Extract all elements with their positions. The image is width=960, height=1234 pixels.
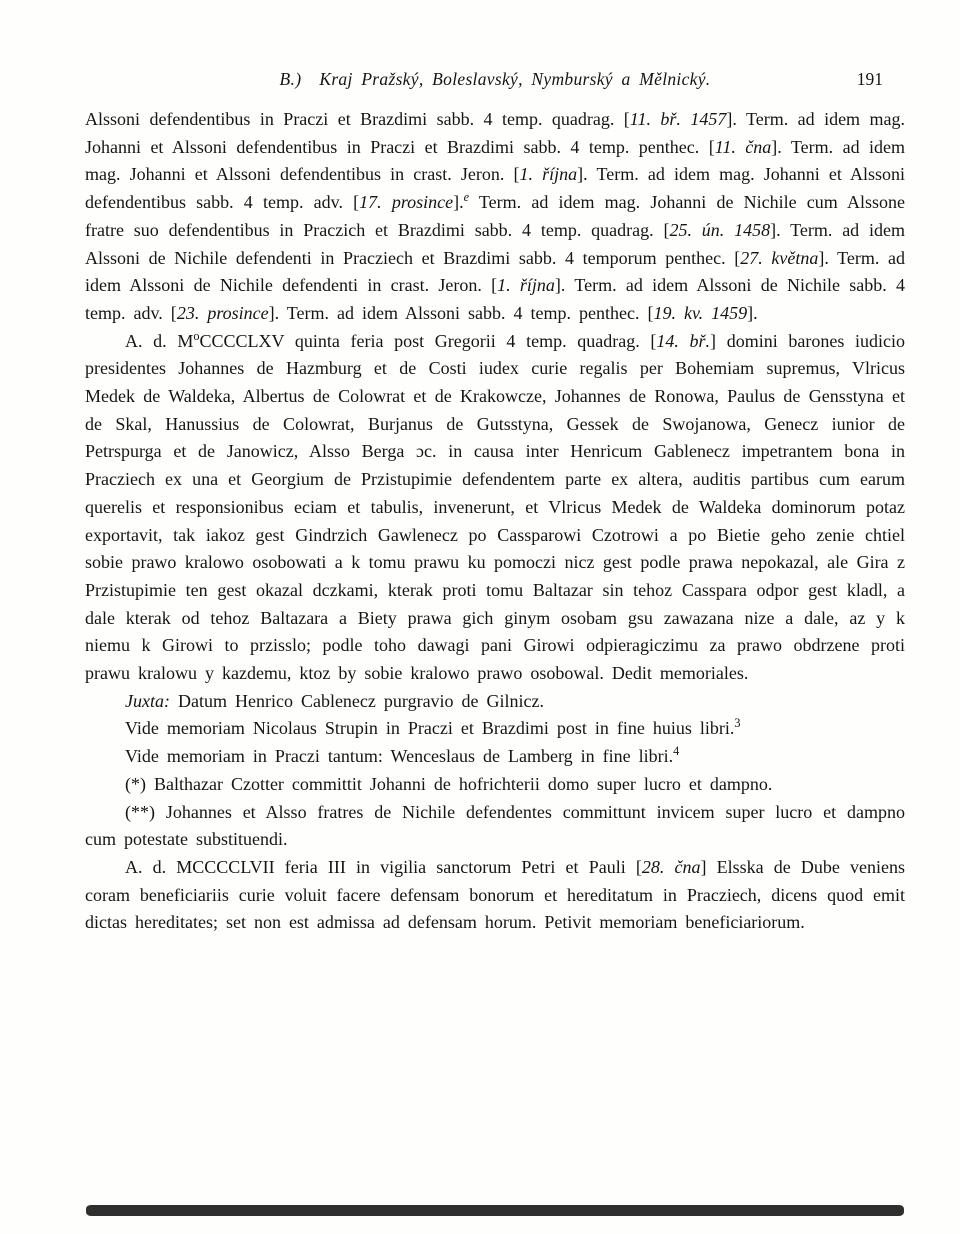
italic-text-segment: Juxta:: [125, 691, 170, 711]
paragraph: (**) Johannes et Alsso fratres de Nichil…: [85, 799, 905, 854]
text-block: Alssoni defendentibus in Praczi et Brazd…: [85, 106, 905, 937]
text-segment: A. d. MCCCCLVII feria III in vigilia san…: [125, 857, 642, 877]
paragraph: Alssoni defendentibus in Praczi et Brazd…: [85, 106, 905, 328]
chapter-title: Kraj Pražský, Boleslavský, Nymburský a M…: [319, 69, 710, 89]
paragraph: Vide memoriam Nicolaus Strupin in Praczi…: [85, 715, 905, 743]
italic-text-segment: 19. kv. 1459: [653, 303, 747, 323]
text-segment: ].: [747, 303, 758, 323]
italic-text-segment: 11. bř. 1457: [630, 109, 727, 129]
italic-text-segment: 1. října: [497, 275, 555, 295]
page-number: 191: [857, 66, 883, 92]
paragraph: (*) Balthazar Czotter committit Johanni …: [85, 771, 905, 799]
paragraph: Juxta: Datum Henrico Cablenecz purgravio…: [85, 688, 905, 716]
paragraph: Vide memoriam in Praczi tantum: Wencesla…: [85, 743, 905, 771]
italic-text-segment: 11. čna: [715, 137, 772, 157]
text-segment: CCCCLXV quinta feria post Gregorii 4 tem…: [199, 331, 656, 351]
footnote-marker: 4: [673, 744, 679, 758]
running-head-title-group: B.)Kraj Pražský, Boleslavský, Nymburský …: [85, 66, 905, 92]
text-segment: Datum Henrico Cablenecz purgravio de Gil…: [170, 691, 544, 711]
text-segment: A. d. M: [125, 331, 193, 351]
text-segment: ] domini barones iudicio presidentes Joh…: [85, 331, 905, 683]
italic-text-segment: 14. bř.: [656, 331, 710, 351]
italic-text-segment: 23. prosince: [177, 303, 269, 323]
scan-artifact-bar: [86, 1205, 904, 1216]
text-segment: Alssoni defendentibus in Praczi et Brazd…: [85, 109, 630, 129]
text-segment: (*) Balthazar Czotter committit Johanni …: [125, 774, 772, 794]
running-head: B.)Kraj Pražský, Boleslavský, Nymburský …: [85, 66, 905, 92]
text-segment: ]. Term. ad idem Alssoni sabb. 4 temp. p…: [269, 303, 654, 323]
section-label: B.): [280, 69, 302, 89]
footnote-marker: 3: [734, 716, 740, 730]
text-segment: Vide memoriam in Praczi tantum: Wencesla…: [125, 746, 673, 766]
text-segment: ].: [453, 192, 464, 212]
scanned-book-page: B.)Kraj Pražský, Boleslavský, Nymburský …: [0, 0, 960, 1234]
italic-text-segment: 28. čna: [642, 857, 701, 877]
italic-text-segment: 1. října: [520, 164, 578, 184]
text-segment: (**) Johannes et Alsso fratres de Nichil…: [85, 802, 905, 850]
paragraph: A. d. MCCCCLVII feria III in vigilia san…: [85, 854, 905, 937]
text-segment: Vide memoriam Nicolaus Strupin in Praczi…: [125, 718, 734, 738]
italic-text-segment: 17. prosince: [359, 192, 453, 212]
italic-text-segment: 25. ún. 1458: [669, 220, 770, 240]
italic-text-segment: 27. května: [740, 248, 818, 268]
paragraph: A. d. MoCCCCLXV quinta feria post Gregor…: [85, 328, 905, 688]
